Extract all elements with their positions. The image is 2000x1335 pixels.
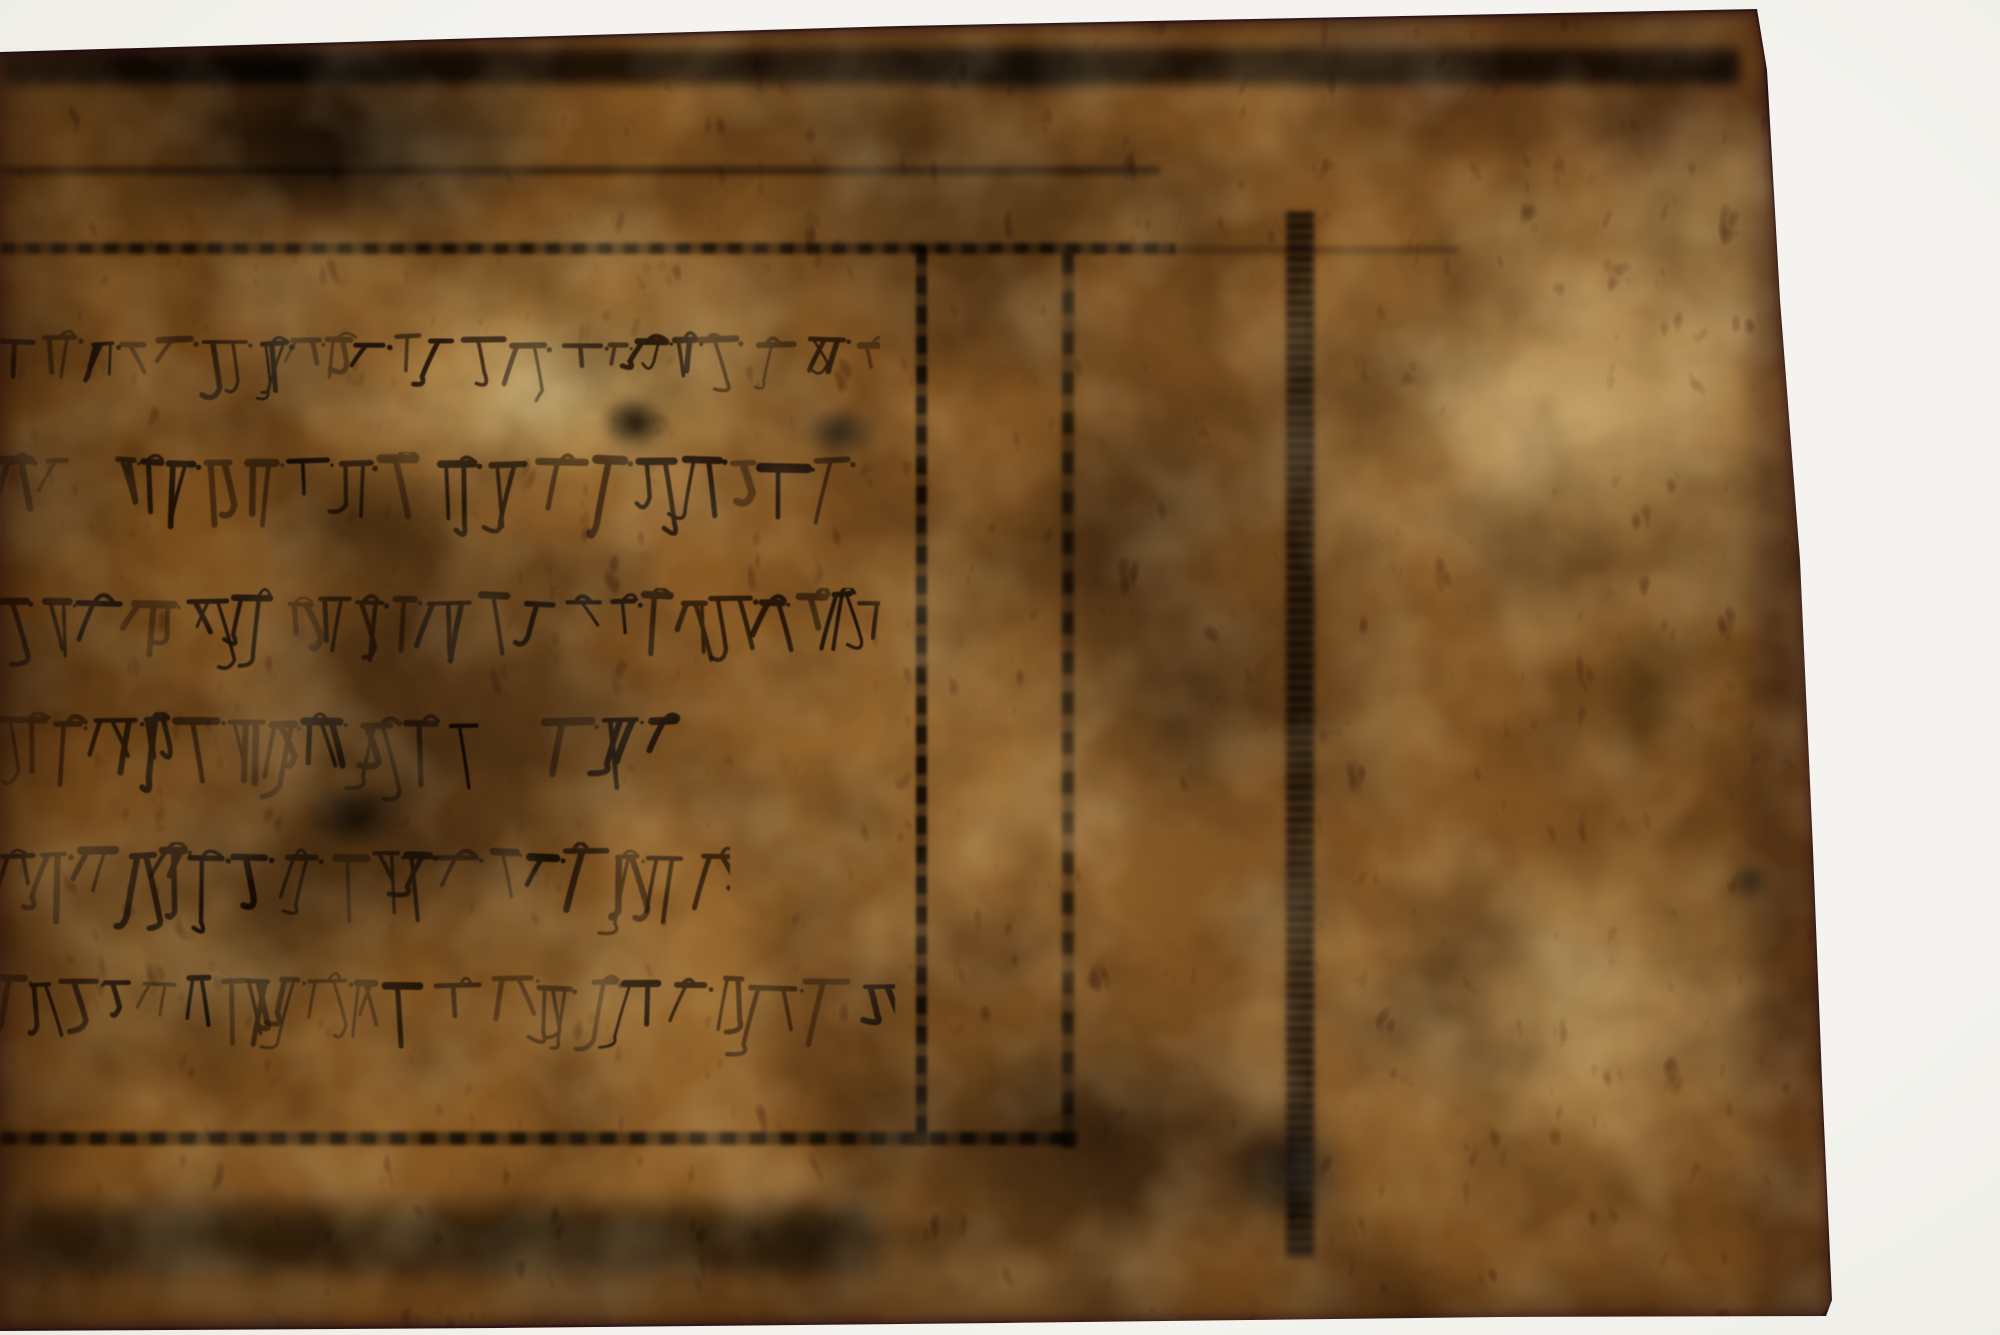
ruled-line-top xyxy=(0,243,1175,254)
manuscript-page xyxy=(0,0,2000,1335)
manuscript-text-line-2 xyxy=(0,452,860,550)
manuscript-text-line-5 xyxy=(0,842,730,940)
right-border-band xyxy=(1286,212,1314,1258)
margin-rule-outer xyxy=(1062,252,1074,1148)
ruled-line-top-faint xyxy=(0,166,1160,175)
margin-rule-inner xyxy=(916,246,927,1146)
manuscript-text-line-4 xyxy=(0,712,680,812)
manuscript-text-line-3 xyxy=(0,588,880,678)
manuscript-text-line-1 xyxy=(0,330,880,402)
manuscript-text-line-6 xyxy=(0,972,895,1066)
ruled-line-bottom xyxy=(0,1132,1078,1145)
light-table-background xyxy=(0,0,2000,1335)
